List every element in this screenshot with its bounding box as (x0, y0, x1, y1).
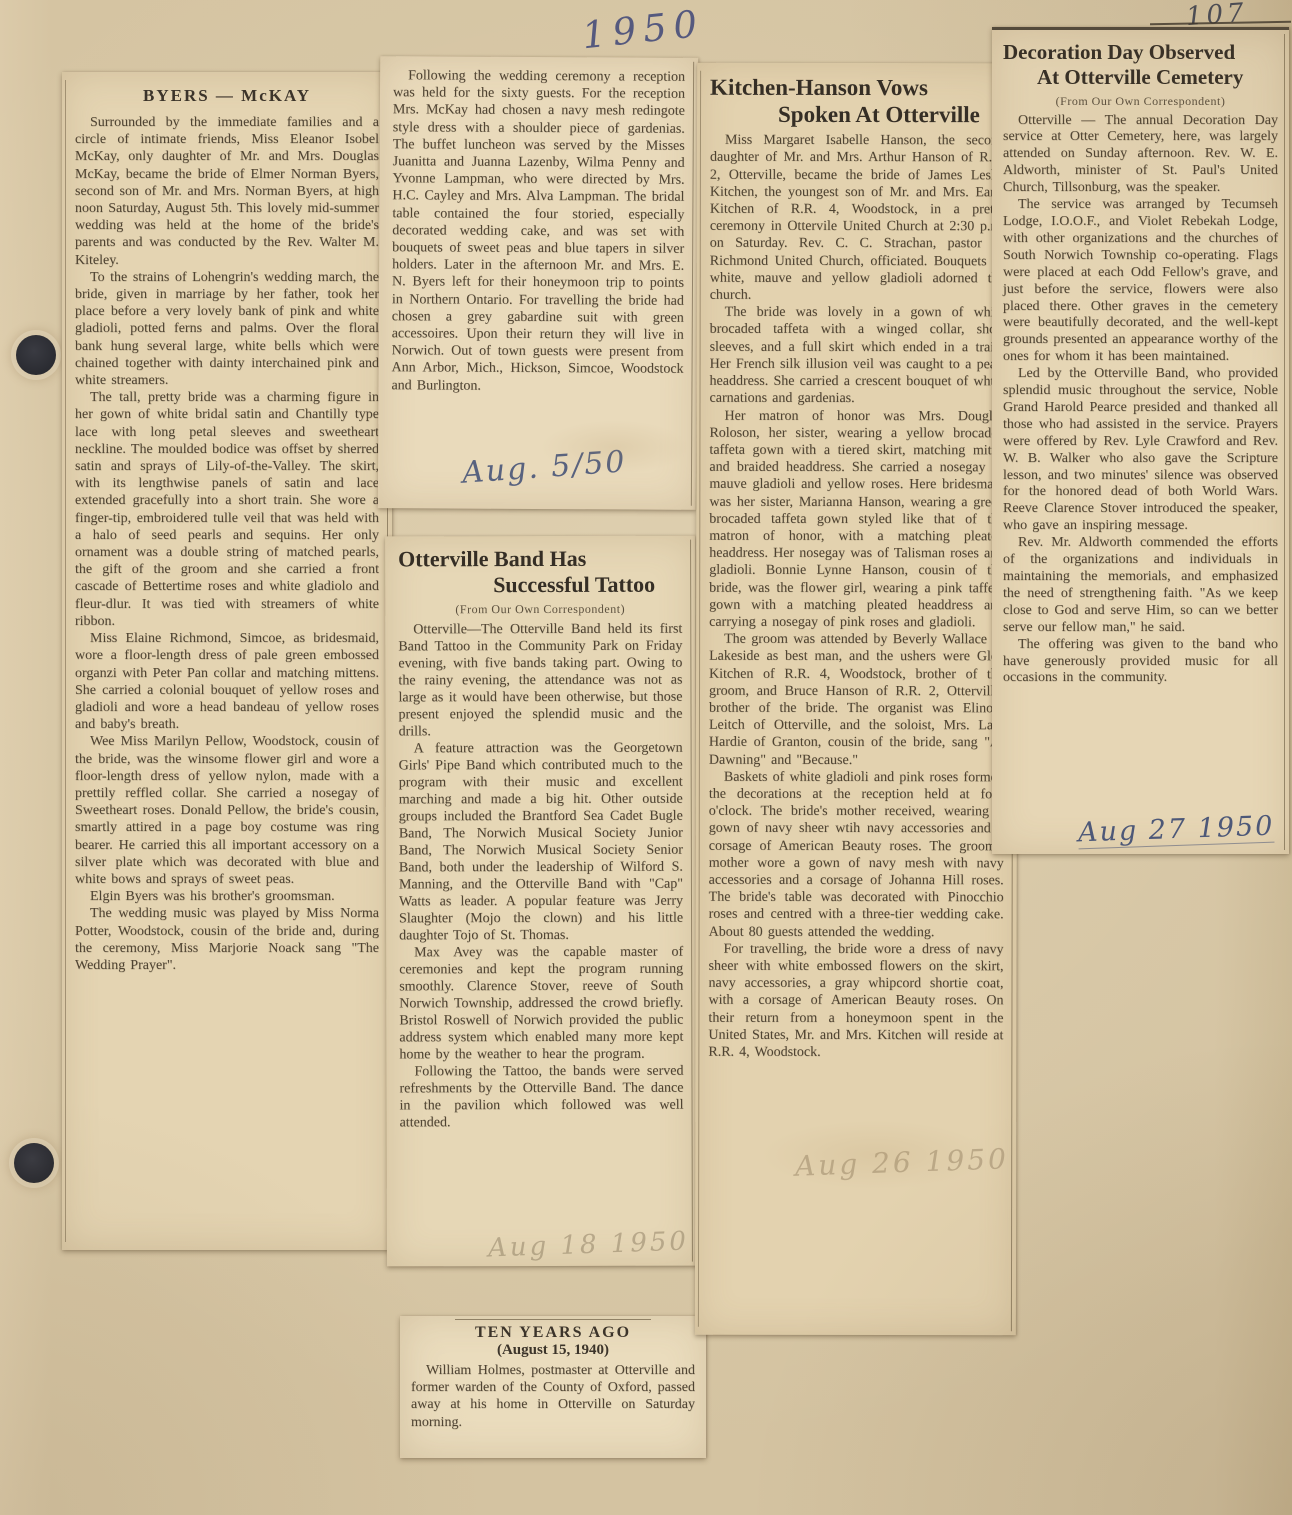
article-paragraph: Surrounded by the immediate families and… (75, 114, 379, 269)
clipping-title-line1: Kitchen-Hanson Vows (710, 74, 1005, 102)
clipping-ten-years-ago: TEN YEARS AGO (August 15, 1940) William … (400, 1316, 706, 1458)
clipping-decoration-day: Decoration Day Observed At Otterville Ce… (992, 27, 1289, 854)
punched-hole-bottom (14, 1143, 54, 1183)
clipping-title-line1: Decoration Day Observed (1003, 40, 1278, 65)
clipping-body: Otterville — The annual Decoration Day s… (1003, 113, 1278, 688)
punched-hole-top (16, 335, 56, 375)
article-paragraph: To the strains of Lohengrin's wedding ma… (75, 269, 379, 389)
clipping-title-line2: Successful Tattoo (398, 572, 682, 599)
article-paragraph: The service was arranged by Tecumseh Lod… (1003, 197, 1278, 366)
clipping-body: Following the wedding ceremony a recepti… (391, 67, 685, 395)
clipping-byline: (From Our Own Correspondent) (1003, 94, 1278, 109)
handwritten-date-decoration: Aug 27 1950 (1078, 811, 1275, 850)
article-paragraph: The bride was lovely in a gown of white … (710, 304, 1005, 408)
clipping-subtitle: (August 15, 1940) (411, 1342, 695, 1359)
clipping-otterville-band-tattoo: Otterville Band Has Successful Tattoo (F… (385, 536, 697, 1267)
article-paragraph: Elgin Byers was his brother's groomsman. (75, 888, 379, 905)
article-paragraph: The groom was attended by Beverly Wallac… (709, 631, 1004, 769)
article-paragraph: Led by the Otterville Band, who provided… (1003, 366, 1278, 535)
clipping-title: Kitchen-Hanson Vows Spoken At Otterville (710, 74, 1005, 129)
article-paragraph: The tall, pretty bride was a charming fi… (75, 389, 379, 630)
clipping-title-line2: Spoken At Otterville (710, 101, 1005, 129)
scrapbook-page: 1950 107 BYERS — McKAY Surrounded by the… (0, 0, 1292, 1515)
article-paragraph: Miss Margaret Isabelle Hanson, the secon… (710, 132, 1005, 305)
clipping-body: Miss Margaret Isabelle Hanson, the secon… (708, 132, 1005, 1061)
article-paragraph: A feature attraction was the Georgetown … (399, 740, 684, 945)
article-paragraph: Following the wedding ceremony a recepti… (391, 67, 685, 395)
clipping-body: Surrounded by the immediate families and… (75, 114, 379, 974)
article-paragraph: Max Avey was the capable master of cerem… (399, 944, 683, 1064)
article-paragraph: Rev. Mr. Aldworth commended the efforts … (1003, 535, 1278, 636)
article-paragraph: Wee Miss Marilyn Pellow, Woodstock, cous… (75, 733, 379, 888)
clipping-title: BYERS — McKAY (75, 86, 379, 106)
article-paragraph: Otterville—The Otterville Band held its … (398, 621, 682, 741)
article-paragraph: For travelling, the bride wore a dress o… (708, 941, 1003, 1062)
article-paragraph: William Holmes, postmaster at Otterville… (411, 1362, 695, 1431)
clipping-reception-continuation: Following the wedding ceremony a recepti… (378, 56, 698, 510)
clipping-body: Otterville—The Otterville Band held its … (398, 621, 683, 1132)
article-paragraph: Following the Tattoo, the bands were ser… (399, 1063, 683, 1132)
article-paragraph: The wedding music was played by Miss Nor… (75, 905, 379, 974)
clipping-title-line2: At Otterville Cemetery (1003, 65, 1278, 90)
clipping-body: William Holmes, postmaster at Otterville… (411, 1362, 695, 1431)
article-paragraph: Her matron of honor was Mrs. Douglas Rol… (709, 407, 1004, 631)
clipping-title: Otterville Band Has Successful Tattoo (398, 546, 682, 599)
clipping-title-line1: Otterville Band Has (398, 546, 682, 573)
clipping-byers-mckay: BYERS — McKAY Surrounded by the immediat… (62, 72, 392, 1250)
handwritten-year-note: 1950 (580, 2, 706, 58)
article-paragraph: Otterville — The annual Decoration Day s… (1003, 113, 1278, 198)
clipping-title: Decoration Day Observed At Otterville Ce… (1003, 40, 1278, 90)
article-paragraph: Baskets of white gladioli and pink roses… (709, 769, 1004, 942)
clipping-title: TEN YEARS AGO (411, 1324, 695, 1342)
article-paragraph: The offering was given to the band who h… (1003, 637, 1278, 688)
article-paragraph: Miss Elaine Richmond, Simcoe, as bridesm… (75, 630, 379, 733)
clipping-byline: (From Our Own Correspondent) (398, 602, 682, 618)
